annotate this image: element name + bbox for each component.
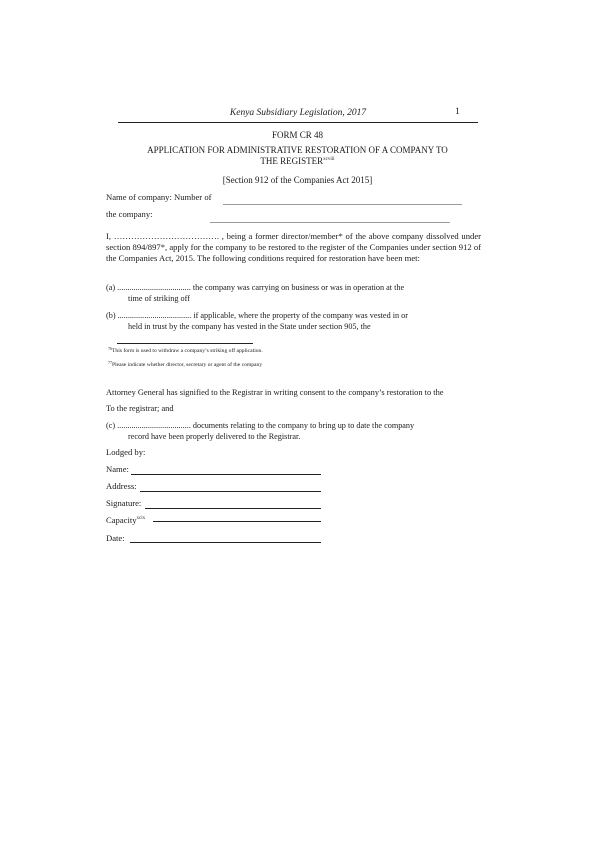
condition-c-marker: (c) .................................... — [106, 421, 191, 430]
header-divider — [118, 122, 478, 123]
footnote-76: 76This form is used to withdraw a compan… — [108, 348, 263, 354]
form-title-line2: THE REGISTER — [260, 156, 323, 166]
lodged-by-heading: Lodged by: — [106, 447, 145, 457]
form-code: FORM CR 48 — [100, 130, 495, 140]
company-name-field[interactable] — [223, 204, 462, 205]
page-number: 1 — [455, 107, 460, 117]
endnote-ref: xcviii — [323, 157, 334, 162]
capacity-label: Capacityxcix — [106, 515, 145, 525]
condition-a-continuation: time of striking off — [106, 293, 486, 304]
condition-a-marker: (a) .................................... — [106, 283, 191, 292]
condition-a: (a) ....................................… — [106, 282, 486, 304]
continuation-line1: Attorney General has signified to the Re… — [106, 388, 443, 397]
company-number-field[interactable] — [210, 222, 450, 223]
capacity-label-text: Capacity — [106, 515, 137, 525]
condition-c-continuation: record have been properly delivered to t… — [106, 431, 486, 442]
company-name-label: Name of company: Number of — [106, 192, 211, 202]
condition-b-text: if applicable, where the property of the… — [191, 311, 408, 320]
signature-label: Signature: — [106, 498, 141, 508]
section-reference: [Section 912 of the Companies Act 2015] — [100, 175, 495, 185]
company-number-label: the company: — [106, 209, 153, 219]
running-header: Kenya Subsidiary Legislation, 2017 — [118, 108, 478, 122]
condition-b-continuation: held in trust by the company has vested … — [106, 321, 486, 332]
date-label: Date: — [106, 533, 125, 543]
condition-b: (b) ....................................… — [106, 310, 486, 332]
signature-field[interactable] — [145, 508, 321, 509]
footnote-divider — [117, 343, 253, 344]
name-field[interactable] — [131, 474, 321, 475]
address-label: Address: — [106, 481, 137, 491]
date-field[interactable] — [130, 542, 321, 543]
form-title: APPLICATION FOR ADMINISTRATIVE RESTORATI… — [100, 145, 495, 167]
capacity-field[interactable] — [153, 521, 321, 522]
address-field[interactable] — [140, 491, 321, 492]
continuation-line2: To the registrar; and — [106, 404, 174, 413]
footnote-text: This form is used to withdraw a company’… — [112, 348, 263, 354]
declaration-paragraph: I, ………………………………. , being a former direct… — [106, 231, 481, 264]
condition-b-marker: (b) .................................... — [106, 311, 191, 320]
condition-c-text: documents relating to the company to bri… — [191, 421, 414, 430]
condition-c: (c) ....................................… — [106, 420, 486, 442]
endnote-ref: xcix — [137, 516, 146, 521]
condition-a-text: the company was carrying on business or … — [191, 283, 404, 292]
form-title-line1: APPLICATION FOR ADMINISTRATIVE RESTORATI… — [147, 145, 448, 155]
footnote-77: 77Please indicate whether director, secr… — [108, 362, 262, 368]
name-label: Name: — [106, 464, 129, 474]
footnote-text: Please indicate whether director, secret… — [112, 362, 262, 368]
